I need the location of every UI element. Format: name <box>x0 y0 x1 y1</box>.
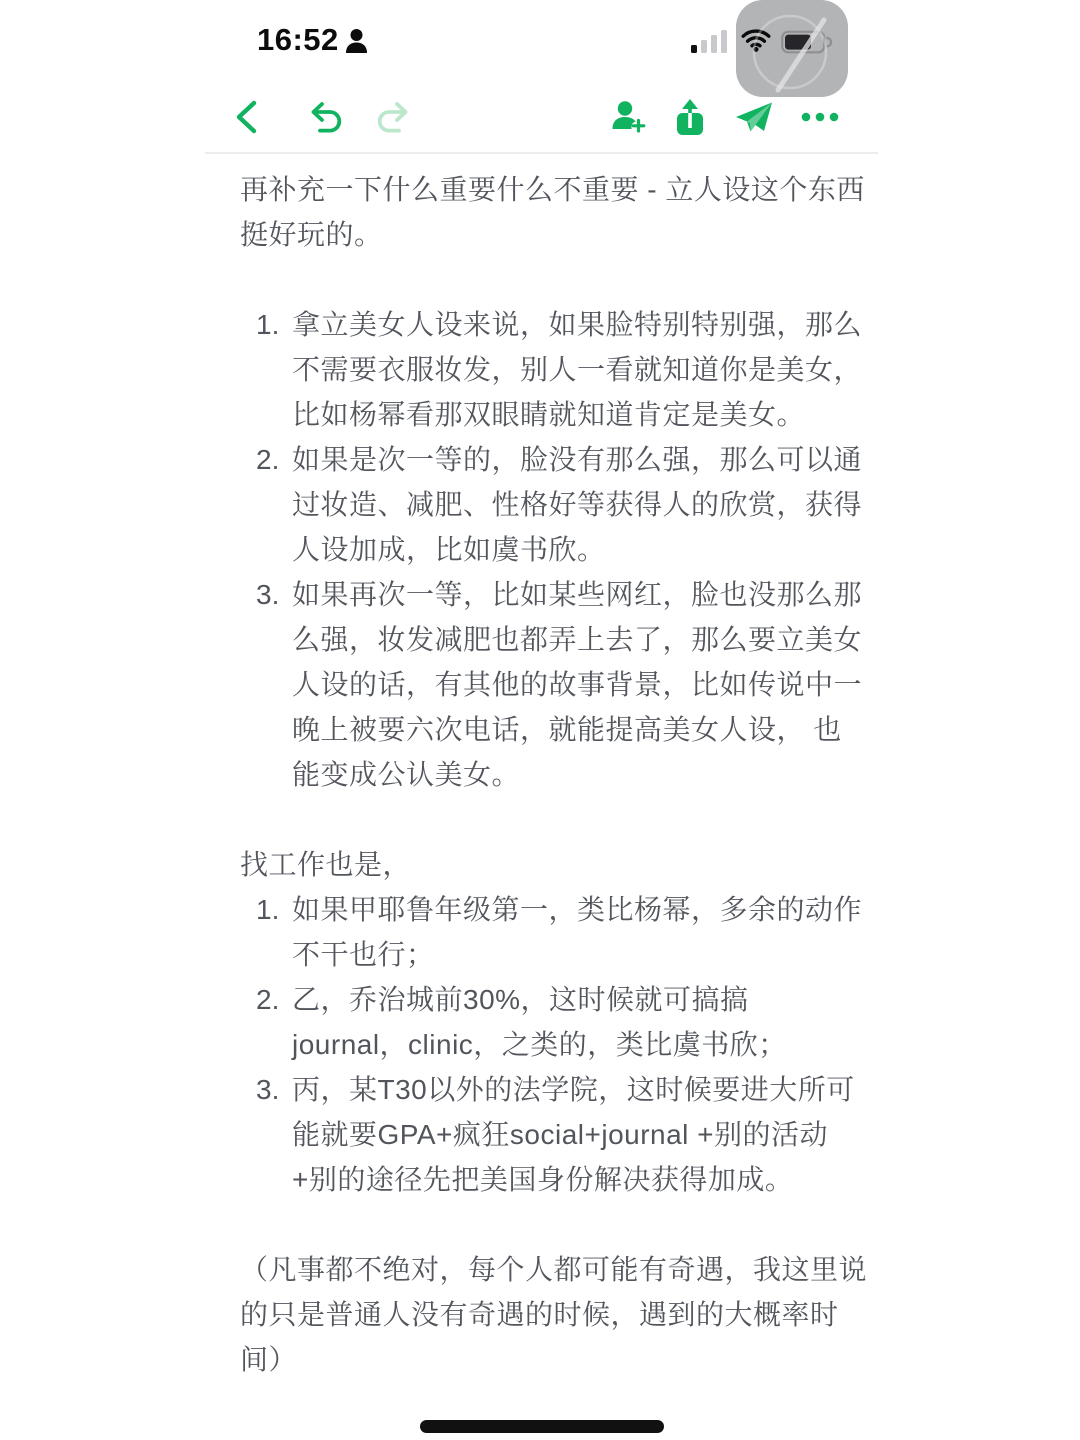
text-line: 能变成公认美女。 <box>292 752 855 797</box>
blank-line <box>240 797 855 842</box>
back-button[interactable] <box>223 93 271 141</box>
undo-button[interactable] <box>303 93 351 141</box>
send-icon <box>734 101 774 133</box>
paragraph: 再补充一下什么重要什么不重要 - 立人设这个东西挺好玩的。 <box>240 167 855 257</box>
list-number: 1. <box>256 887 279 932</box>
text-line: 的只是普通人没有奇遇的时候，遇到的大概率时 <box>240 1292 855 1337</box>
more-button[interactable] <box>796 93 844 141</box>
text-line: 丙，某T30以外的法学院，这时候要进大所可 <box>292 1067 855 1112</box>
text-line: 乙，乔治城前30%，这时候就可搞搞 <box>292 977 855 1022</box>
more-ellipsis-icon <box>800 112 840 122</box>
redo-icon <box>375 101 409 133</box>
text-line: 拿立美女人设来说，如果脸特别特别强，那么 <box>292 302 855 347</box>
list-number: 3. <box>256 572 279 617</box>
status-time: 16:52 <box>257 22 339 58</box>
wifi-icon <box>741 28 771 57</box>
paragraph: 找工作也是， <box>240 842 855 887</box>
text-line: 么强，妆发减肥也都弄上去了，那么要立美女 <box>292 617 855 662</box>
text-line: journal，clinic，之类的，类比虞书欣； <box>292 1022 855 1067</box>
text-line: 过妆造、减肥、性格好等获得人的欣赏，获得 <box>292 482 855 527</box>
text-line: 人设加成，比如虞书欣。 <box>292 527 855 572</box>
list-item: 1.如果甲耶鲁年级第一，类比杨幂，多余的动作不干也行； <box>240 887 855 977</box>
battery-icon <box>781 30 833 59</box>
text-line: 挺好玩的。 <box>240 212 855 257</box>
blank-line <box>240 1202 855 1247</box>
phone-screen: 16:52 <box>205 0 878 1440</box>
list-item: 2.如果是次一等的，脸没有那么强，那么可以通过妆造、减肥、性格好等获得人的欣赏，… <box>240 437 855 572</box>
text-line: （凡事都不绝对，每个人都可能有奇遇，我这里说 <box>240 1247 855 1292</box>
send-button[interactable] <box>730 93 778 141</box>
share-button[interactable] <box>666 93 714 141</box>
text-line: 晚上被要六次电话，就能提高美女人设， 也 <box>292 707 855 752</box>
list-item: 3.如果再次一等，比如某些网红，脸也没那么那么强，妆发减肥也都弄上去了，那么要立… <box>240 572 855 797</box>
add-person-icon <box>610 100 646 134</box>
note-body[interactable]: 再补充一下什么重要什么不重要 - 立人设这个东西挺好玩的。1.拿立美女人设来说，… <box>240 154 855 1382</box>
text-line: 人设的话，有其他的故事背景，比如传说中一 <box>292 662 855 707</box>
text-line: 如果甲耶鲁年级第一，类比杨幂，多余的动作 <box>292 887 855 932</box>
text-line: 不干也行； <box>292 932 855 977</box>
text-line: 能就要GPA+疯狂social+journal +别的活动 <box>292 1112 855 1157</box>
list-number: 2. <box>256 977 279 1022</box>
list-number: 2. <box>256 437 279 482</box>
text-line: 不需要衣服妆发，别人一看就知道你是美女， <box>292 347 855 392</box>
page: 16:52 <box>0 0 1080 1440</box>
list-item: 3.丙，某T30以外的法学院，这时候要进大所可能就要GPA+疯狂social+j… <box>240 1067 855 1202</box>
list-item: 1.拿立美女人设来说，如果脸特别特别强，那么不需要衣服妆发，别人一看就知道你是美… <box>240 302 855 437</box>
text-line: 找工作也是， <box>240 842 855 887</box>
text-line: 再补充一下什么重要什么不重要 - 立人设这个东西 <box>240 167 855 212</box>
home-indicator[interactable] <box>420 1420 664 1433</box>
add-person-button[interactable] <box>604 93 652 141</box>
blank-line <box>240 257 855 302</box>
list-number: 1. <box>256 302 279 347</box>
share-icon <box>673 98 707 136</box>
text-line: 如果再次一等，比如某些网红，脸也没那么那 <box>292 572 855 617</box>
text-line: 间） <box>240 1337 855 1382</box>
list-number: 3. <box>256 1067 279 1112</box>
list-item: 2.乙，乔治城前30%，这时候就可搞搞journal，clinic，之类的，类比… <box>240 977 855 1067</box>
status-bar: 16:52 <box>205 0 878 70</box>
paragraph: （凡事都不绝对，每个人都可能有奇遇，我这里说的只是普通人没有奇遇的时候，遇到的大… <box>240 1247 855 1382</box>
user-icon <box>344 28 369 59</box>
text-line: 如果是次一等的，脸没有那么强，那么可以通 <box>292 437 855 482</box>
text-line: 比如杨幂看那双眼睛就知道肯定是美女。 <box>292 392 855 437</box>
back-chevron-icon <box>234 100 260 134</box>
redo-button[interactable] <box>368 93 416 141</box>
undo-icon <box>310 101 344 133</box>
signal-icon <box>691 29 729 53</box>
toolbar <box>205 90 878 144</box>
text-line: +别的途径先把美国身份解决获得加成。 <box>292 1157 855 1202</box>
